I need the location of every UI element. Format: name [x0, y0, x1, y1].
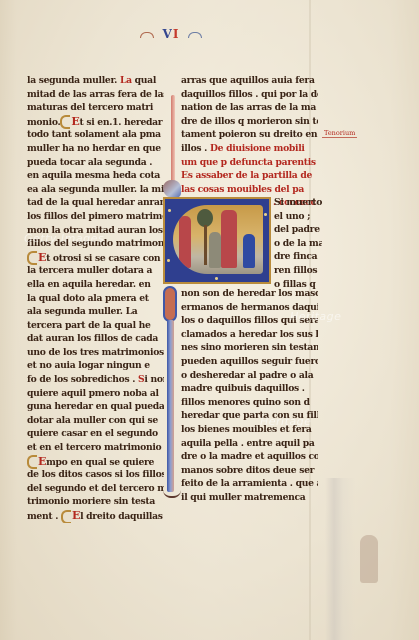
line-text: mitad de las arras fera de las	[27, 89, 164, 100]
text-line: muller ha no herdar en que	[27, 142, 164, 156]
text-line: dre de illos q morieron sin tes	[181, 115, 318, 129]
line-text: dre finca	[274, 251, 317, 262]
rubric-text: La	[120, 75, 132, 86]
line-text: trimonio moriere sin testa	[27, 496, 155, 507]
line-text: o desheredar al padre o ala	[181, 370, 313, 381]
line-text: del segundo et del tercero ma	[27, 483, 164, 494]
gold-initial-icon	[27, 251, 37, 265]
watermark-text: Heritage	[260, 415, 311, 428]
line-text: ren fillos	[274, 265, 317, 276]
descender-foot-icon	[163, 488, 181, 498]
line-text: il qui muller matremenca	[181, 492, 305, 503]
text-line: trimonio moriere sin testa	[27, 495, 164, 509]
line-text: pueda tocar ala segunda .	[27, 157, 152, 168]
line-text: et no auia logar ningun e	[27, 360, 150, 371]
text-line: dat auran los fillos de cada	[27, 332, 164, 346]
line-text: daquillos fillos . qui por la do	[181, 89, 318, 100]
line-text: nes sino morieren sin testament .	[181, 342, 318, 353]
line-text: fillos menores quino son d	[181, 397, 310, 408]
gold-initial-icon	[60, 115, 70, 129]
flourish-left-icon	[140, 32, 154, 38]
line-text-rest: l dreito daquillas	[80, 511, 163, 522]
marginal-note: Tenorium	[322, 129, 357, 138]
flourish-right-icon	[188, 32, 202, 38]
line-text: ella en aquila heredar. en	[27, 279, 151, 290]
line-text: la qual doto ala pmera et	[27, 293, 149, 304]
text-line: uno de los tres matrimonios	[27, 346, 164, 360]
watermark-text: Getty Images	[24, 232, 104, 245]
text-line: pueda tocar ala segunda .	[27, 156, 164, 170]
text-line: ren fillos	[274, 264, 322, 278]
text-line: del segundo et del tercero ma	[27, 482, 164, 496]
initial-ascender-flourish-icon	[171, 95, 175, 185]
text-line: todo tant solament ala pma	[27, 128, 164, 142]
right-text-column-top: arras que aquillos auia feradaquillos fi…	[181, 74, 318, 210]
text-line: clamados a heredar los sus bie	[181, 328, 318, 342]
text-line: fillos menores quino son d	[181, 396, 318, 410]
text-line: pueden aquillos seguir fuero	[181, 355, 318, 369]
line-text: tad de la qual heredar anran	[27, 197, 164, 208]
text-line: Empo en qual se quiere	[27, 455, 164, 469]
text-line: monio.Et si en.1. heredar	[27, 115, 164, 129]
rubric-text: las cosas mouibles del pa	[181, 184, 304, 195]
line-text: muller ha no herdar en que	[27, 143, 161, 154]
text-line: Et otrosi si se casare con	[27, 251, 164, 265]
text-line: el uno ;	[274, 210, 322, 224]
text-line: feito de la arramienta . que aq	[181, 477, 318, 491]
text-line: ment . El dreito daquillas	[27, 509, 164, 523]
text-line: mitad de las arras fera de las	[27, 88, 164, 102]
line-text: tament poieron su dreito en	[181, 129, 317, 140]
line-text: madre quibuis daquillos .	[181, 383, 305, 394]
line-text: la tercera muller dotara a	[27, 265, 152, 276]
line-text: ment .	[27, 511, 61, 522]
gold-initial-icon	[61, 510, 71, 523]
text-line: nation de las arras de la ma	[181, 101, 318, 115]
text-line: illos . De diuisione mobili	[181, 142, 318, 156]
line-text: tercera part de la qual he	[27, 320, 151, 331]
left-text-column: la segunda muller. La qualmitad de las a…	[27, 74, 164, 523]
line-text: illos .	[181, 143, 210, 154]
text-line: quiere aquil pmero noba al	[27, 387, 164, 401]
text-line: fo de los sobredichos . Si non	[27, 373, 164, 387]
line-text: ea ala segunda muller. la mi	[27, 184, 164, 195]
line-text: pueden aquillos seguir fuero	[181, 356, 318, 367]
line-text: manos sobre ditos deue ser	[181, 465, 314, 476]
line-text-rest: mpo en qual se quiere	[46, 457, 154, 468]
text-line: ala segunda muller. La	[27, 305, 164, 319]
text-line: tad de la qual heredar anran	[27, 196, 164, 210]
text-line: las cosas mouibles del pa	[181, 183, 318, 197]
star-icon	[264, 213, 267, 216]
text-line: manos sobre ditos deue ser	[181, 464, 318, 478]
line-text: clamados a heredar los sus bie	[181, 329, 318, 340]
text-line: madre quibuis daquillos .	[181, 382, 318, 396]
line-text-rest: i non	[144, 374, 164, 385]
rubric-text: De diuisione mobili	[210, 143, 305, 154]
line-text: non son de heredar los mascer	[181, 288, 318, 299]
tree-trunk-icon	[204, 225, 207, 265]
line-text-rest: qual	[132, 75, 156, 86]
line-text: feito de la arramienta . que aq	[181, 478, 318, 489]
text-line: non son de heredar los mascer	[181, 287, 318, 301]
star-icon	[167, 259, 170, 262]
figure-group-grey	[209, 232, 221, 268]
figure-center-red-robe	[221, 210, 237, 268]
text-line: del padre	[274, 223, 322, 237]
line-text-rest: t si en.1. heredar	[79, 117, 162, 128]
line-text: uno de los tres matrimonios	[27, 347, 164, 358]
line-text-rest: t otrosi si se casare con	[46, 253, 160, 264]
rubric-text: um que p defuncta parentis .	[181, 157, 318, 168]
line-text: maturas del tercero matri	[27, 102, 153, 113]
faded-bleedthrough-pillar	[325, 478, 355, 640]
line-text: arras que aquillos auia fera	[181, 75, 315, 86]
text-line: dre finca	[274, 250, 322, 264]
text-line: ella en aquila heredar. en	[27, 278, 164, 292]
line-text: aquila pella . entre aquil pa	[181, 438, 315, 449]
text-line: o de la ma	[274, 237, 322, 251]
line-text: el uno ;	[274, 211, 310, 222]
star-icon	[215, 277, 218, 280]
watermark-text: Heritage	[290, 310, 341, 323]
red-initial: E	[72, 509, 80, 523]
miniature-scene	[173, 205, 263, 274]
line-text: dre o la madre et aquillos co	[181, 451, 318, 462]
line-text: del padre	[274, 224, 320, 235]
text-line: et no auia logar ningun e	[27, 359, 164, 373]
red-initial: E	[38, 251, 46, 265]
text-line: nes sino morieren sin testament .	[181, 341, 318, 355]
right-text-column-beside-miniature: Si muertoel uno ;del padreo de la madre …	[274, 196, 322, 291]
text-line: aquila pella . entre aquil pa	[181, 437, 318, 451]
gold-initial-icon	[27, 455, 37, 469]
faded-bleedthrough-figure	[360, 535, 378, 583]
line-text: nation de las arras de la ma	[181, 102, 316, 113]
figure-right-blue-robe	[243, 234, 255, 268]
text-line: et en el tercero matrimonio .	[27, 441, 164, 455]
red-initial: E	[38, 455, 46, 469]
text-line: la qual doto ala pmera et	[27, 292, 164, 306]
line-text: fo de los sobredichos .	[27, 374, 138, 385]
folio-numeral-i: I	[173, 27, 180, 41]
line-text: quiere aquil pmero noba al	[27, 388, 159, 399]
line-text: la segunda muller.	[27, 75, 120, 86]
text-line: en aquila mesma heda cota	[27, 169, 164, 183]
initial-descender-stem	[167, 320, 174, 492]
rubric-text: Es assaber de la partilla de	[181, 170, 312, 181]
text-line: dotar ala muller con qui se	[27, 414, 164, 428]
text-line: guna heredar en qual pueda	[27, 400, 164, 414]
line-text: en aquila mesma heda cota	[27, 170, 160, 181]
line-text: todo tant solament ala pma	[27, 129, 161, 140]
historiated-initial-miniature	[163, 197, 271, 284]
text-line: Si muerto	[274, 196, 322, 210]
star-icon	[168, 209, 171, 212]
text-line: o desheredar al padre o ala	[181, 369, 318, 383]
text-line: tercera part de la qual he	[27, 319, 164, 333]
line-text: dre de illos q morieron sin tes	[181, 116, 318, 127]
text-line: de los ditos casos si los fillos	[27, 468, 164, 482]
line-text: quiere casar en el segundo	[27, 428, 158, 439]
line-text: guna heredar en qual pueda	[27, 401, 164, 412]
manuscript-page: VI Tenorium la segunda muller. La qualmi…	[0, 0, 419, 640]
text-line: dre o la madre et aquillos co	[181, 450, 318, 464]
line-text: dat auran los fillos de cada	[27, 333, 158, 344]
line-text: los fillos del pimero matrimo	[27, 211, 164, 222]
grotesque-bird-icon	[163, 180, 181, 198]
text-line: tament poieron su dreito en	[181, 128, 318, 142]
folio-heading: VI	[146, 27, 196, 41]
figure-left-red-robe	[179, 216, 191, 268]
text-line: il qui muller matremenca	[181, 491, 318, 505]
line-text: de los ditos casos si los fillos	[27, 469, 164, 480]
text-line: arras que aquillos auia fera	[181, 74, 318, 88]
text-line: maturas del tercero matri	[27, 101, 164, 115]
text-line: daquillos fillos . qui por la do	[181, 88, 318, 102]
line-text: dotar ala muller con qui se	[27, 415, 158, 426]
line-text: et en el tercero matrimonio .	[27, 442, 164, 453]
text-line: quiere casar en el segundo	[27, 427, 164, 441]
line-text: monio.	[27, 117, 60, 128]
text-line: la segunda muller. La qual	[27, 74, 164, 88]
text-line: la tercera muller dotara a	[27, 264, 164, 278]
text-line: ea ala segunda muller. la mi	[27, 183, 164, 197]
line-text: Si muerto	[274, 197, 322, 208]
text-line: Es assaber de la partilla de	[181, 169, 318, 183]
line-text: o de la ma	[274, 238, 322, 249]
line-text: ala segunda muller. La	[27, 306, 137, 317]
folio-numeral-v: V	[163, 27, 173, 41]
initial-descender-scroll-icon	[163, 286, 177, 322]
text-line: um que p defuncta parentis .	[181, 156, 318, 170]
text-line: los fillos del pimero matrimo	[27, 210, 164, 224]
